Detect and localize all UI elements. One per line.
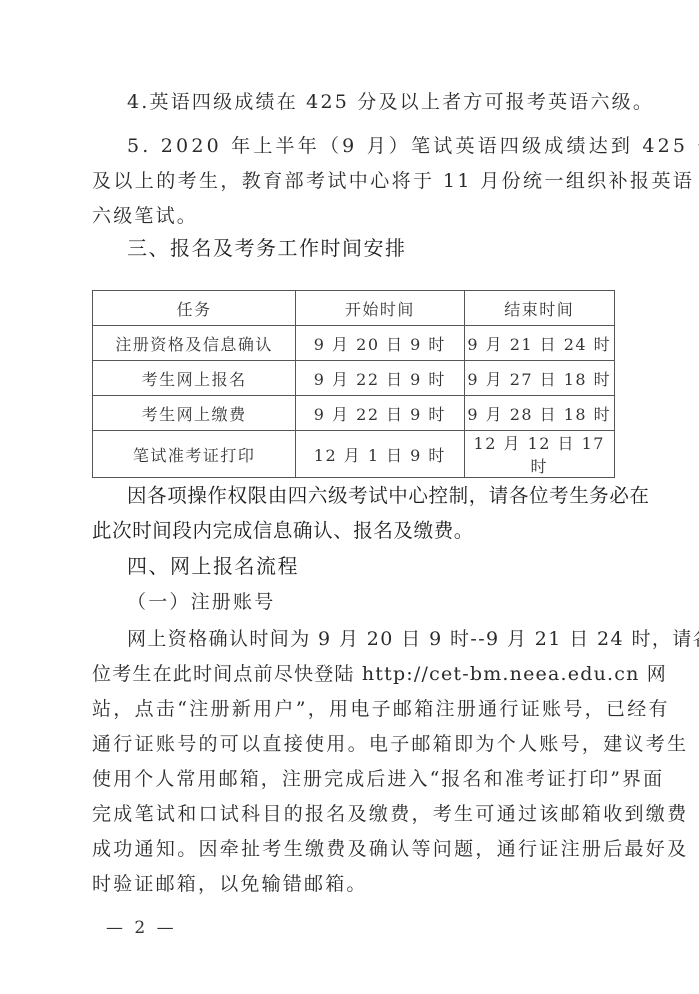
body-line: 通行证账号的可以直接使用。电子邮箱即为个人账号，建议考生 bbox=[92, 732, 688, 756]
header-cell-task: 任务 bbox=[93, 291, 296, 326]
start-time-cell: 9 月 22 日 9 时 bbox=[296, 361, 464, 396]
paragraph-item-5-line1: 5. 2020 年上半年（9 月）笔试英语四级成绩达到 425 分 bbox=[127, 134, 699, 158]
task-cell: 笔试准考证打印 bbox=[93, 431, 296, 478]
body-line: 完成笔试和口试科目的报名及缴费，考生可通过该邮箱收到缴费 bbox=[92, 802, 688, 826]
body-line: 时验证邮箱，以免输错邮箱。 bbox=[92, 872, 368, 896]
body-line: 成功通知。因牵扯考生缴费及确认等问题，通行证注册后最好及 bbox=[92, 837, 688, 861]
document-page: 4.英语四级成绩在 425 分及以上者方可报考英语六级。 5. 2020 年上半… bbox=[0, 0, 699, 994]
schedule-table: 任务 开始时间 结束时间 注册资格及信息确认 9 月 20 日 9 时 9 月 … bbox=[92, 290, 615, 478]
paragraph-item-5-line3: 六级笔试。 bbox=[92, 204, 198, 228]
task-cell: 注册资格及信息确认 bbox=[93, 326, 296, 361]
section-heading-registration: 四、网上报名流程 bbox=[127, 554, 299, 578]
section-heading-schedule: 三、报名及考务工作时间安排 bbox=[127, 236, 407, 260]
start-time-cell: 9 月 22 日 9 时 bbox=[296, 396, 464, 431]
schedule-note-line1: 因各项操作权限由四六级考试中心控制，请各位考生务必在 bbox=[127, 484, 650, 508]
table-row: 笔试准考证打印 12 月 1 日 9 时 12 月 12 日 17 时 bbox=[93, 431, 615, 478]
end-time-cell: 9 月 28 日 18 时 bbox=[464, 396, 614, 431]
start-time-cell: 9 月 20 日 9 时 bbox=[296, 326, 464, 361]
page-number: — 2 — bbox=[106, 918, 177, 938]
body-line: 位考生在此时间点前尽快登陆 http://cet-bm.neea.edu.cn … bbox=[92, 662, 667, 686]
table-row: 注册资格及信息确认 9 月 20 日 9 时 9 月 21 日 24 时 bbox=[93, 326, 615, 361]
header-cell-end: 结束时间 bbox=[464, 291, 614, 326]
end-time-cell: 9 月 21 日 24 时 bbox=[464, 326, 614, 361]
table-row: 考生网上报名 9 月 22 日 9 时 9 月 27 日 18 时 bbox=[93, 361, 615, 396]
body-line: 使用个人常用邮箱，注册完成后进入“报名和准考证打印”界面 bbox=[92, 767, 664, 791]
body-line: 网上资格确认时间为 9 月 20 日 9 时--9 月 21 日 24 时，请各 bbox=[127, 627, 699, 651]
table-header-row: 任务 开始时间 结束时间 bbox=[93, 291, 615, 326]
header-cell-start: 开始时间 bbox=[296, 291, 464, 326]
end-time-cell: 12 月 12 日 17 时 bbox=[464, 431, 614, 478]
task-cell: 考生网上缴费 bbox=[93, 396, 296, 431]
table-row: 考生网上缴费 9 月 22 日 9 时 9 月 28 日 18 时 bbox=[93, 396, 615, 431]
paragraph-item-4: 4.英语四级成绩在 425 分及以上者方可报考英语六级。 bbox=[127, 90, 654, 114]
task-cell: 考生网上报名 bbox=[93, 361, 296, 396]
paragraph-item-5-line2: 及以上的考生，教育部考试中心将于 11 月份统一组织补报英语 bbox=[92, 169, 694, 193]
end-time-cell: 9 月 27 日 18 时 bbox=[464, 361, 614, 396]
body-line: 站，点击“注册新用户”，用电子邮箱注册通行证账号，已经有 bbox=[92, 697, 670, 721]
subheading-register-account: （一）注册账号 bbox=[127, 590, 275, 614]
schedule-note-line2: 此次时间段内完成信息确认、报名及缴费。 bbox=[92, 519, 474, 543]
start-time-cell: 12 月 1 日 9 时 bbox=[296, 431, 464, 478]
